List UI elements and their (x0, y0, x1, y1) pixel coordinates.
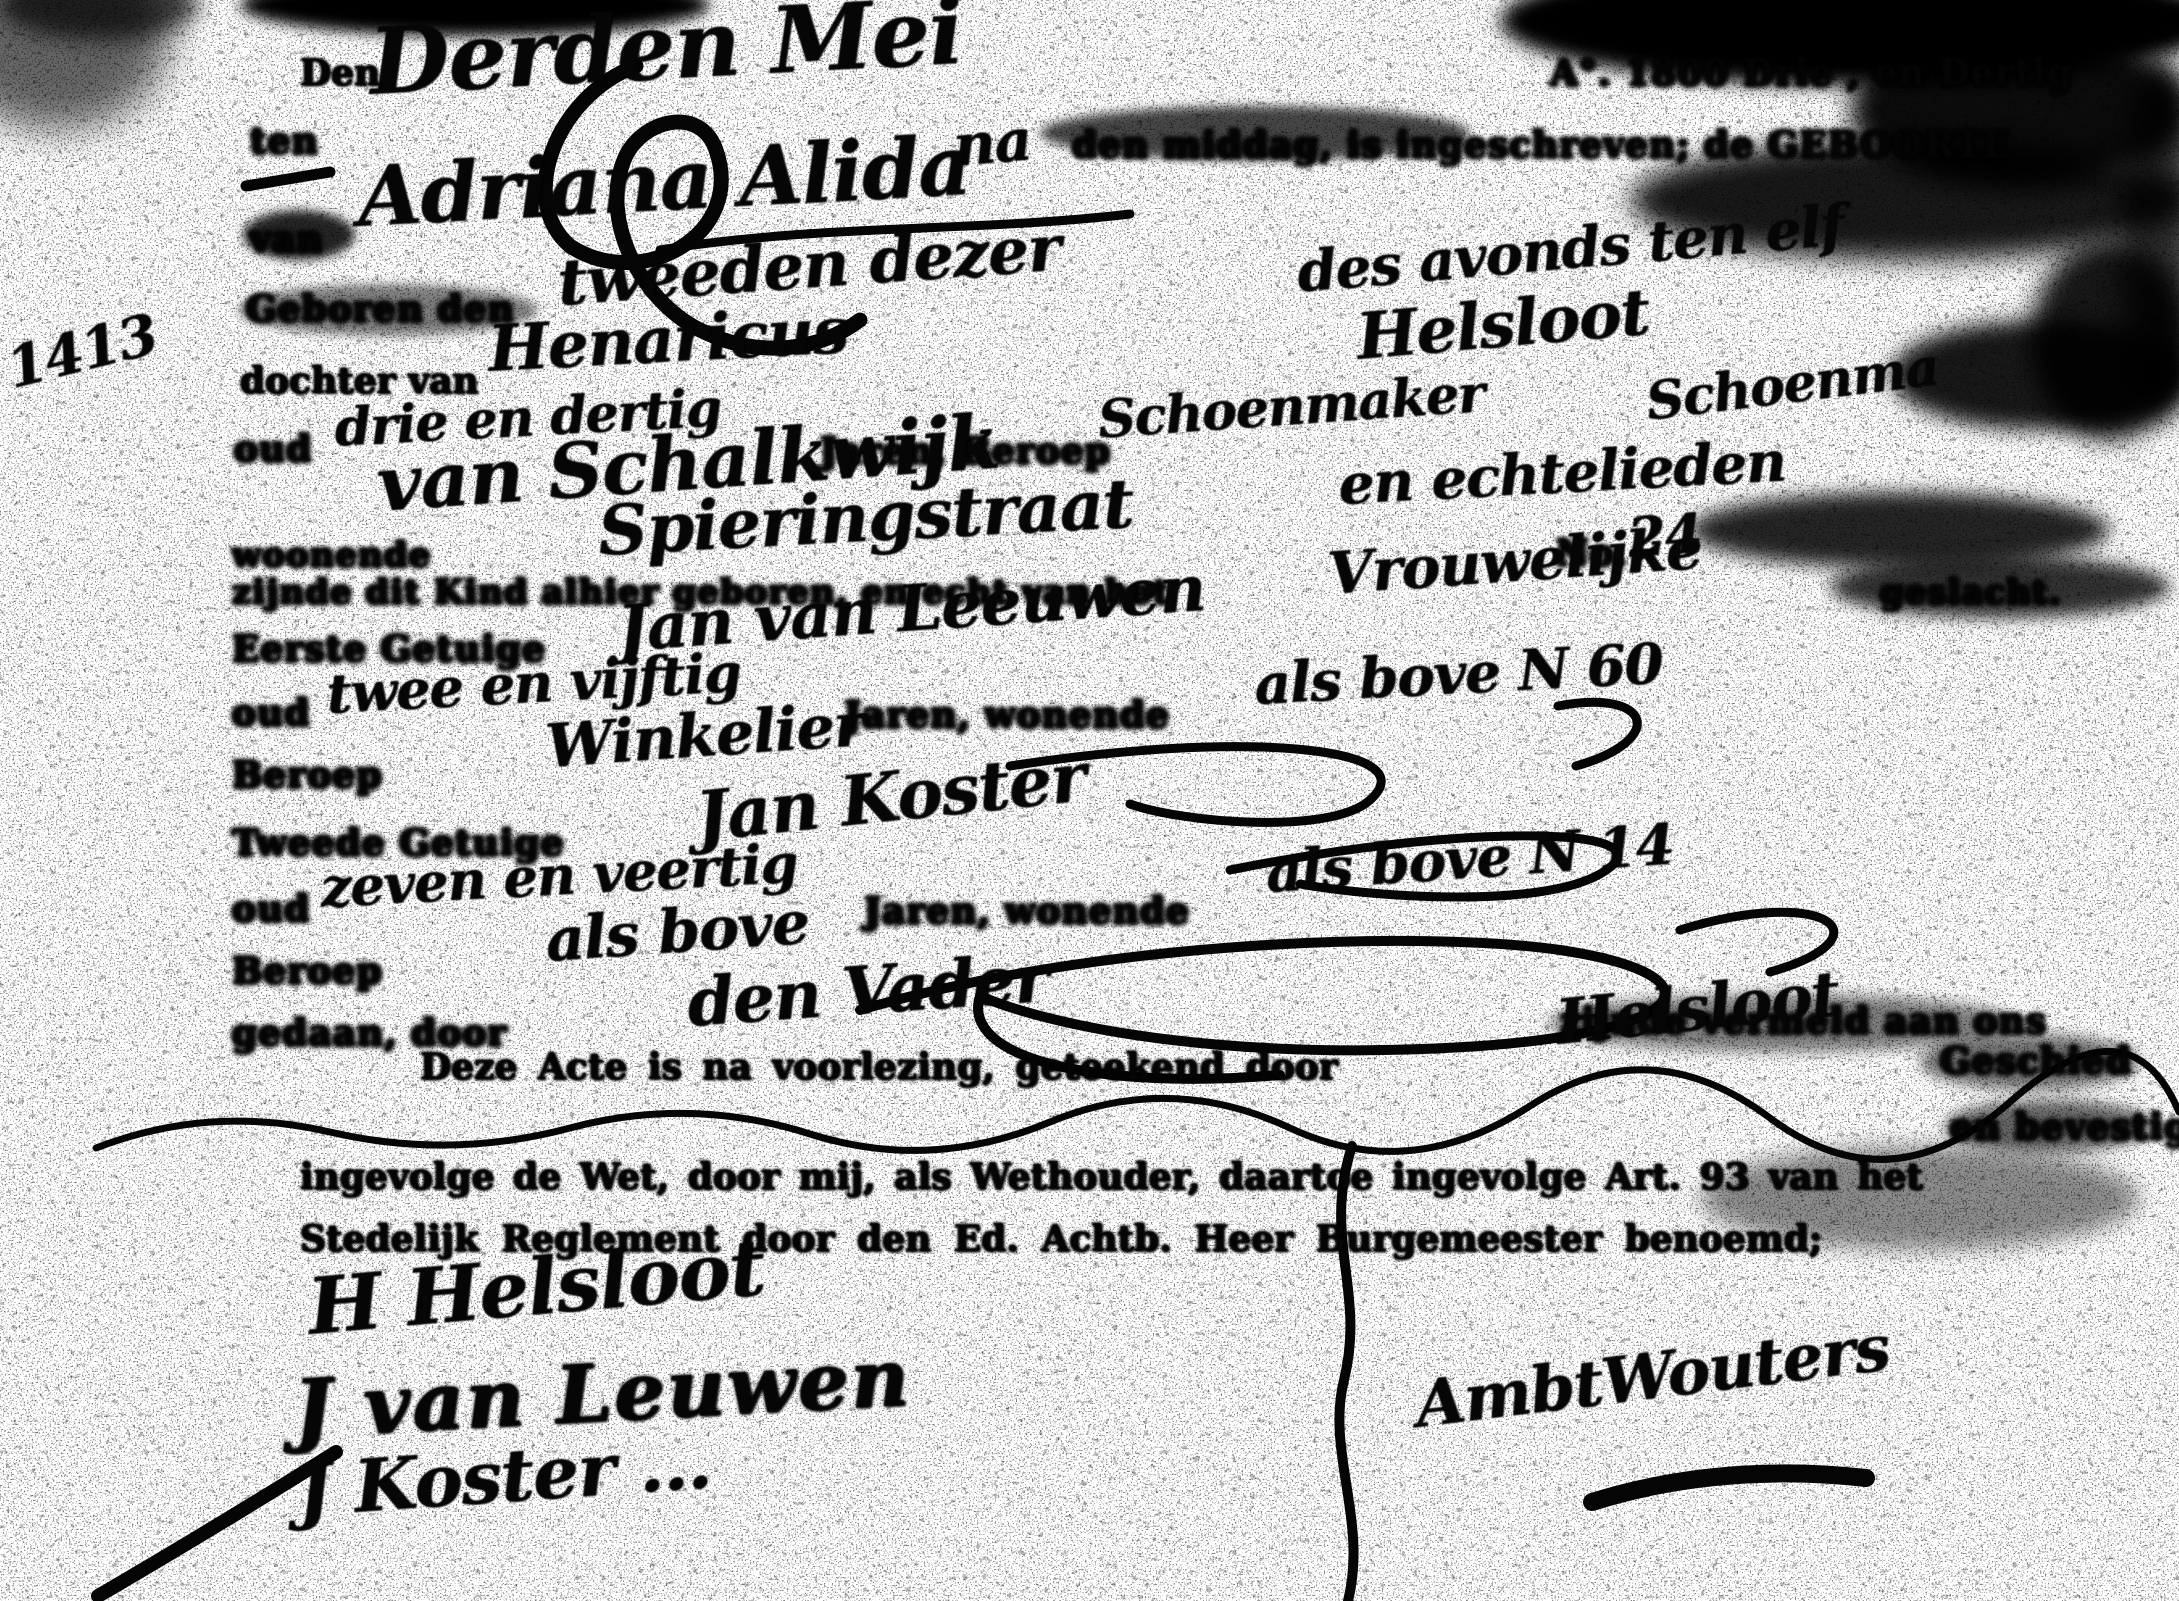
printed-registration-clause: den middag, is ingeschreven; de GEBOORTE (1072, 124, 2011, 166)
printed-label-geslacht: geslacht. (1880, 572, 2061, 612)
printed-label-jaren-wonende: Jaren, wonende (844, 694, 1170, 736)
handwritten-occupation-tail: Schoenma (1643, 337, 1942, 433)
handwritten-father-first-name: Henaricus (486, 293, 849, 387)
printed-label-geboren-den: Geboren den (246, 288, 515, 330)
printed-acte-clause: Deze Acte is na voorlezing, geteekend do… (420, 1046, 1338, 1088)
handwritten-father-occupation: Schoenmaker (1096, 363, 1486, 451)
printed-label-ten: ten (250, 120, 319, 162)
printed-geschied: Geschied (1940, 1040, 2132, 1082)
scanned-birth-record-page: 1413 Den Derden Mei A°. 1800 Drie , en D… (0, 0, 2179, 1601)
handwritten-witness1-address: als bove N 60 (1253, 631, 1664, 718)
vertical-brace-line (1339, 1146, 1353, 1601)
handwritten-witness2-address: als bove N 14 (1263, 812, 1675, 906)
margin-record-number: 1413 (0, 301, 163, 402)
hand-flourish-bracket (1558, 702, 1637, 766)
printed-label-oud: oud (232, 692, 310, 734)
printed-label-oud: oud (234, 428, 312, 470)
printed-label-woonende: woonende (232, 535, 431, 575)
printed-label-jaren-wonende: Jaren, wonende (864, 890, 1190, 932)
handwritten-date: Derden Mei (366, 0, 965, 116)
signature-underline (1592, 1473, 1866, 1502)
printed-en-bevestigd: en bevestigd (1950, 1106, 2179, 1148)
signature-official: AmbtWouters (1411, 1310, 1893, 1443)
printed-label-van: van (250, 218, 323, 260)
printed-label-oud: oud (232, 888, 310, 930)
printed-year: A°. 1800 Drie , en Dertig (1550, 52, 2073, 94)
printed-law-clause-1: ingevolge de Wet, door mij, als Wethoude… (300, 1156, 1923, 1198)
handwritten-mother-tail: en echtelieden (1337, 429, 1787, 518)
printed-label-beroep: Beroep (232, 754, 382, 796)
handwritten-gender: Vrouwelijke (1325, 514, 1703, 608)
margin-dash (246, 172, 330, 186)
printed-label-beroep: Beroep (232, 950, 382, 992)
